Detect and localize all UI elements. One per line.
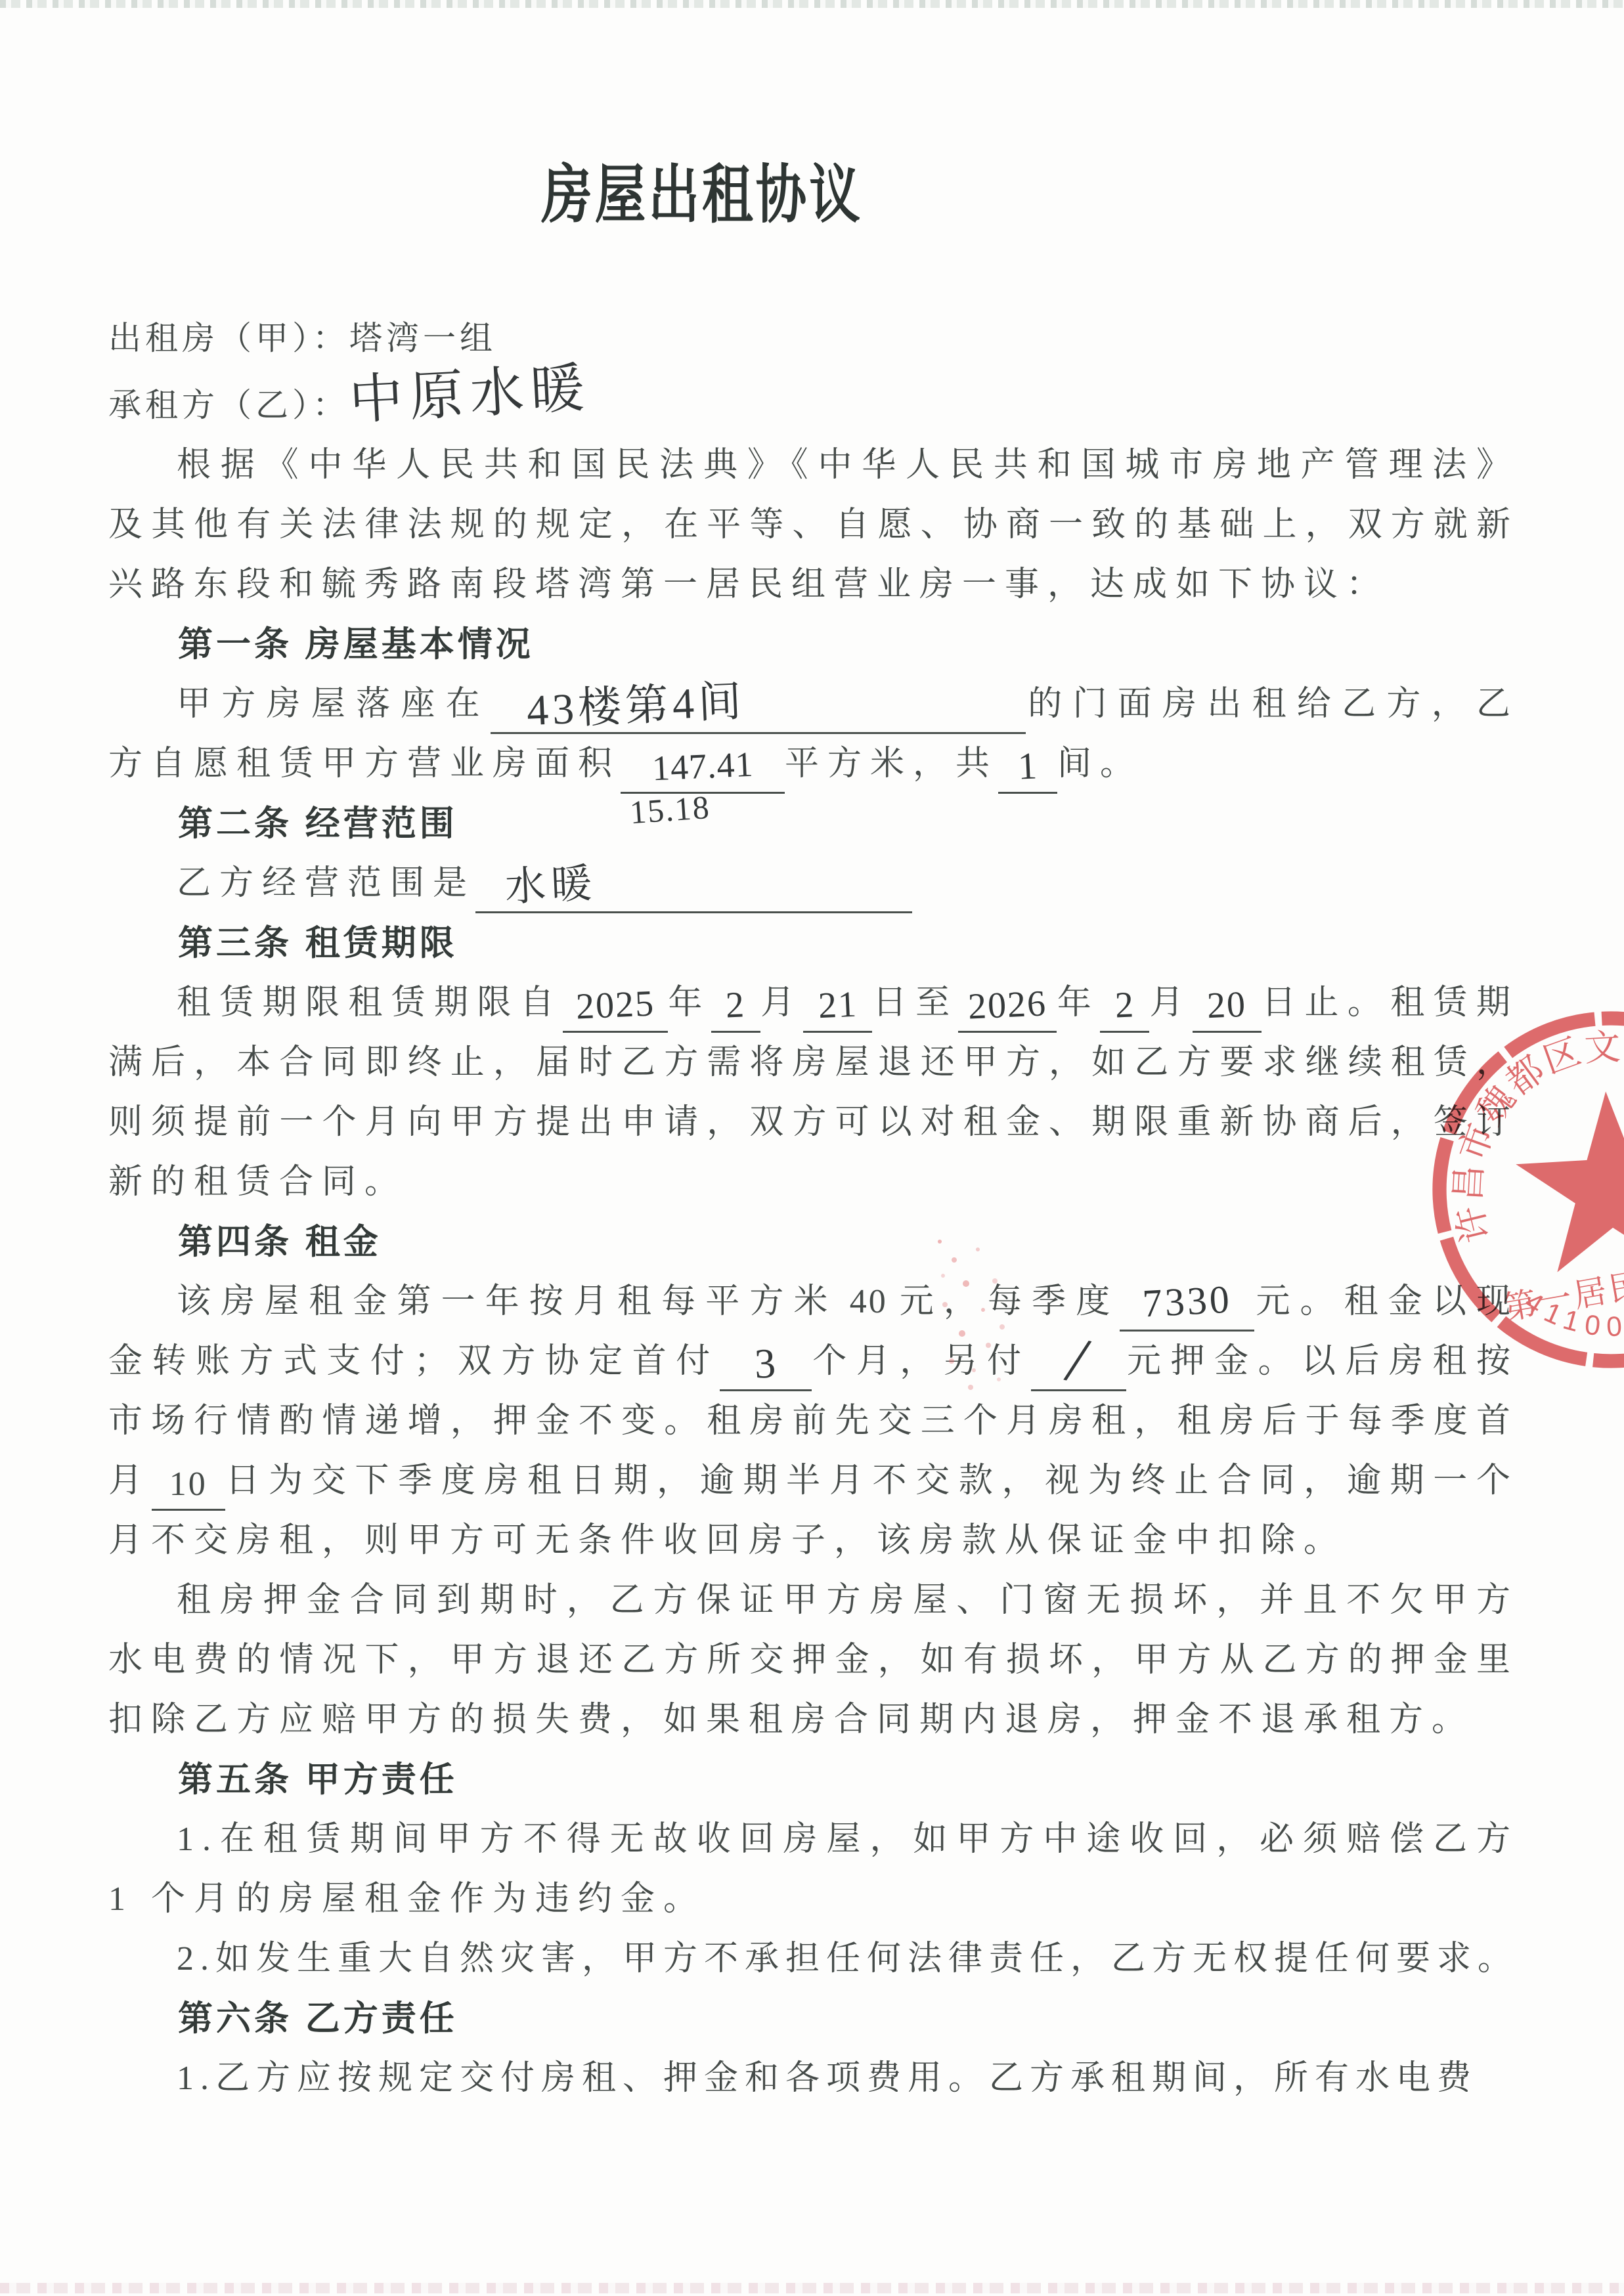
article2-paragraph: 乙方经营范围是水暖: [108, 854, 1519, 913]
unit-year-1: 年: [668, 984, 711, 1022]
handwritten-start-month: 2: [725, 982, 747, 1028]
blank-start-day: 21: [803, 982, 872, 1033]
contract-body: 出租房（甲）：塔湾一组 承租方（乙）：中原水暖 根据《中华人民共和国民法典》《中…: [108, 309, 1519, 2108]
blank-start-month: 2: [711, 982, 760, 1033]
lessee-handwritten-name: 中原水暖: [348, 358, 592, 430]
blank-pay-day: 10: [152, 1460, 225, 1511]
preamble-paragraph: 根据《中华人民共和国民法典》《中华人民共和国城市房地产管理法》及其他有关法律法规…: [108, 435, 1519, 615]
lessee-label: 承租方（乙）：: [108, 387, 349, 423]
blank-end-year: 2026: [958, 982, 1057, 1033]
handwritten-location: 43楼第4间: [526, 679, 747, 734]
unit-month-1: 月: [760, 984, 804, 1022]
handwritten-end-day: 20: [1206, 982, 1248, 1029]
blank-end-month: 2: [1100, 982, 1149, 1033]
article1-text-1: 甲方房屋落座在: [177, 685, 491, 723]
official-red-seal: 许昌市魏都区文峰街道办事处 第一居民 411002: [1411, 989, 1624, 1390]
blank-business-scope: 水暖: [475, 863, 912, 913]
handwritten-end-year: 2026: [967, 980, 1048, 1029]
handwritten-start-year: 2025: [575, 980, 656, 1029]
article3-text-to: 日至: [872, 984, 958, 1022]
article1-text-3: 平方米，共: [785, 745, 998, 783]
article4-text-3: 个月，另付: [812, 1343, 1031, 1380]
handwritten-area-alt: 15.18: [628, 784, 712, 835]
page-title: 房屋出租协议: [0, 143, 1514, 235]
blank-location: 43楼第4间: [491, 683, 1026, 734]
article4-text-1a: 该房屋租金第一年按月租每平方米: [177, 1283, 838, 1320]
article4-paragraph-1: 该房屋租金第一年按月租每平方米 40 元，每季度7330元。租金以现金转账方式支…: [108, 1272, 1519, 1570]
handwritten-prepaid-months: 3: [753, 1340, 778, 1387]
unit-month-2: 月: [1149, 984, 1193, 1022]
article6-heading: 第六条 乙方责任: [108, 1989, 1519, 2048]
scan-artifact-bottom: [0, 2283, 1624, 2293]
lessor-label: 出租房（甲）：: [108, 320, 349, 357]
lessor-line: 出租房（甲）：塔湾一组: [108, 309, 1519, 368]
handwritten-rooms: 1: [1017, 743, 1039, 789]
article3-paragraph: 租赁期限租赁期限自2025年2月21日至2026年2月20日止。租赁期满后，本合…: [108, 973, 1519, 1212]
article5-item-1: 1.在租赁期间甲方不得无故收回房屋，如甲方中途收回，必须赔偿乙方 1 个月的房屋…: [108, 1809, 1519, 1929]
seal-star-icon: [1512, 1087, 1624, 1274]
handwritten-end-month: 2: [1114, 982, 1135, 1028]
lessee-line: 承租方（乙）：中原水暖: [108, 368, 1519, 435]
blank-quarterly-rent: 7330: [1120, 1281, 1254, 1332]
rate-per-sqm: 40: [838, 1283, 900, 1320]
blank-area: 147.4115.18: [621, 743, 785, 794]
article1-text-4: 间。: [1057, 745, 1143, 783]
article4-text-5: 日为交下季度房租日期，逾期半月不交款，视为终止合同，逾期一个月不交房租，则甲方可…: [108, 1462, 1519, 1559]
handwritten-business-scope: 水暖: [504, 861, 598, 911]
article1-heading: 第一条 房屋基本情况: [108, 615, 1519, 674]
blank-rooms: 1: [998, 743, 1057, 794]
contract-page: 房屋出租协议 出租房（甲）：塔湾一组 承租方（乙）：中原水暖 根据《中华人民共和…: [0, 0, 1624, 2296]
handwritten-quarterly-rent: 7330: [1141, 1276, 1233, 1326]
scan-artifact-top: [0, 0, 1624, 8]
handwritten-deposit-slash: /: [1064, 1339, 1092, 1381]
article5-heading: 第五条 甲方责任: [108, 1750, 1519, 1809]
page-title-text: 房屋出租协议: [541, 143, 863, 235]
blank-end-day: 20: [1193, 982, 1262, 1033]
blank-start-year: 2025: [563, 982, 668, 1033]
handwritten-start-day: 21: [817, 982, 858, 1029]
article3-text-1: 租赁期限租赁期限自: [177, 984, 563, 1022]
lessor-value: 塔湾一组: [349, 320, 496, 357]
article6-item-1: 1.乙方应按规定交付房租、押金和各项费用。乙方承租期间，所有水电费: [108, 2048, 1519, 2108]
article4-text-1b: 元，每季度: [900, 1283, 1120, 1320]
blank-deposit: /: [1031, 1341, 1126, 1391]
article3-heading: 第三条 租赁期限: [108, 913, 1519, 973]
article1-paragraph: 甲方房屋落座在43楼第4间的门面房出租给乙方，乙方自愿租赁甲方营业房面积147.…: [108, 674, 1519, 794]
article5-item-2: 2.如发生重大自然灾害，甲方不承担任何法律责任，乙方无权提任何要求。: [108, 1929, 1519, 1989]
unit-year-2: 年: [1057, 984, 1100, 1022]
article4-heading: 第四条 租金: [108, 1212, 1519, 1272]
article2-heading: 第二条 经营范围: [108, 794, 1519, 854]
red-ink-speckles: [938, 1240, 942, 1244]
article4-paragraph-2: 租房押金合同到期时，乙方保证甲方房屋、门窗无损坏，并且不欠甲方水电费的情况下，甲…: [108, 1570, 1519, 1750]
blank-prepaid-months: 3: [720, 1341, 812, 1391]
printed-pay-day: 10: [169, 1465, 208, 1503]
article2-text-1: 乙方经营范围是: [177, 865, 475, 902]
